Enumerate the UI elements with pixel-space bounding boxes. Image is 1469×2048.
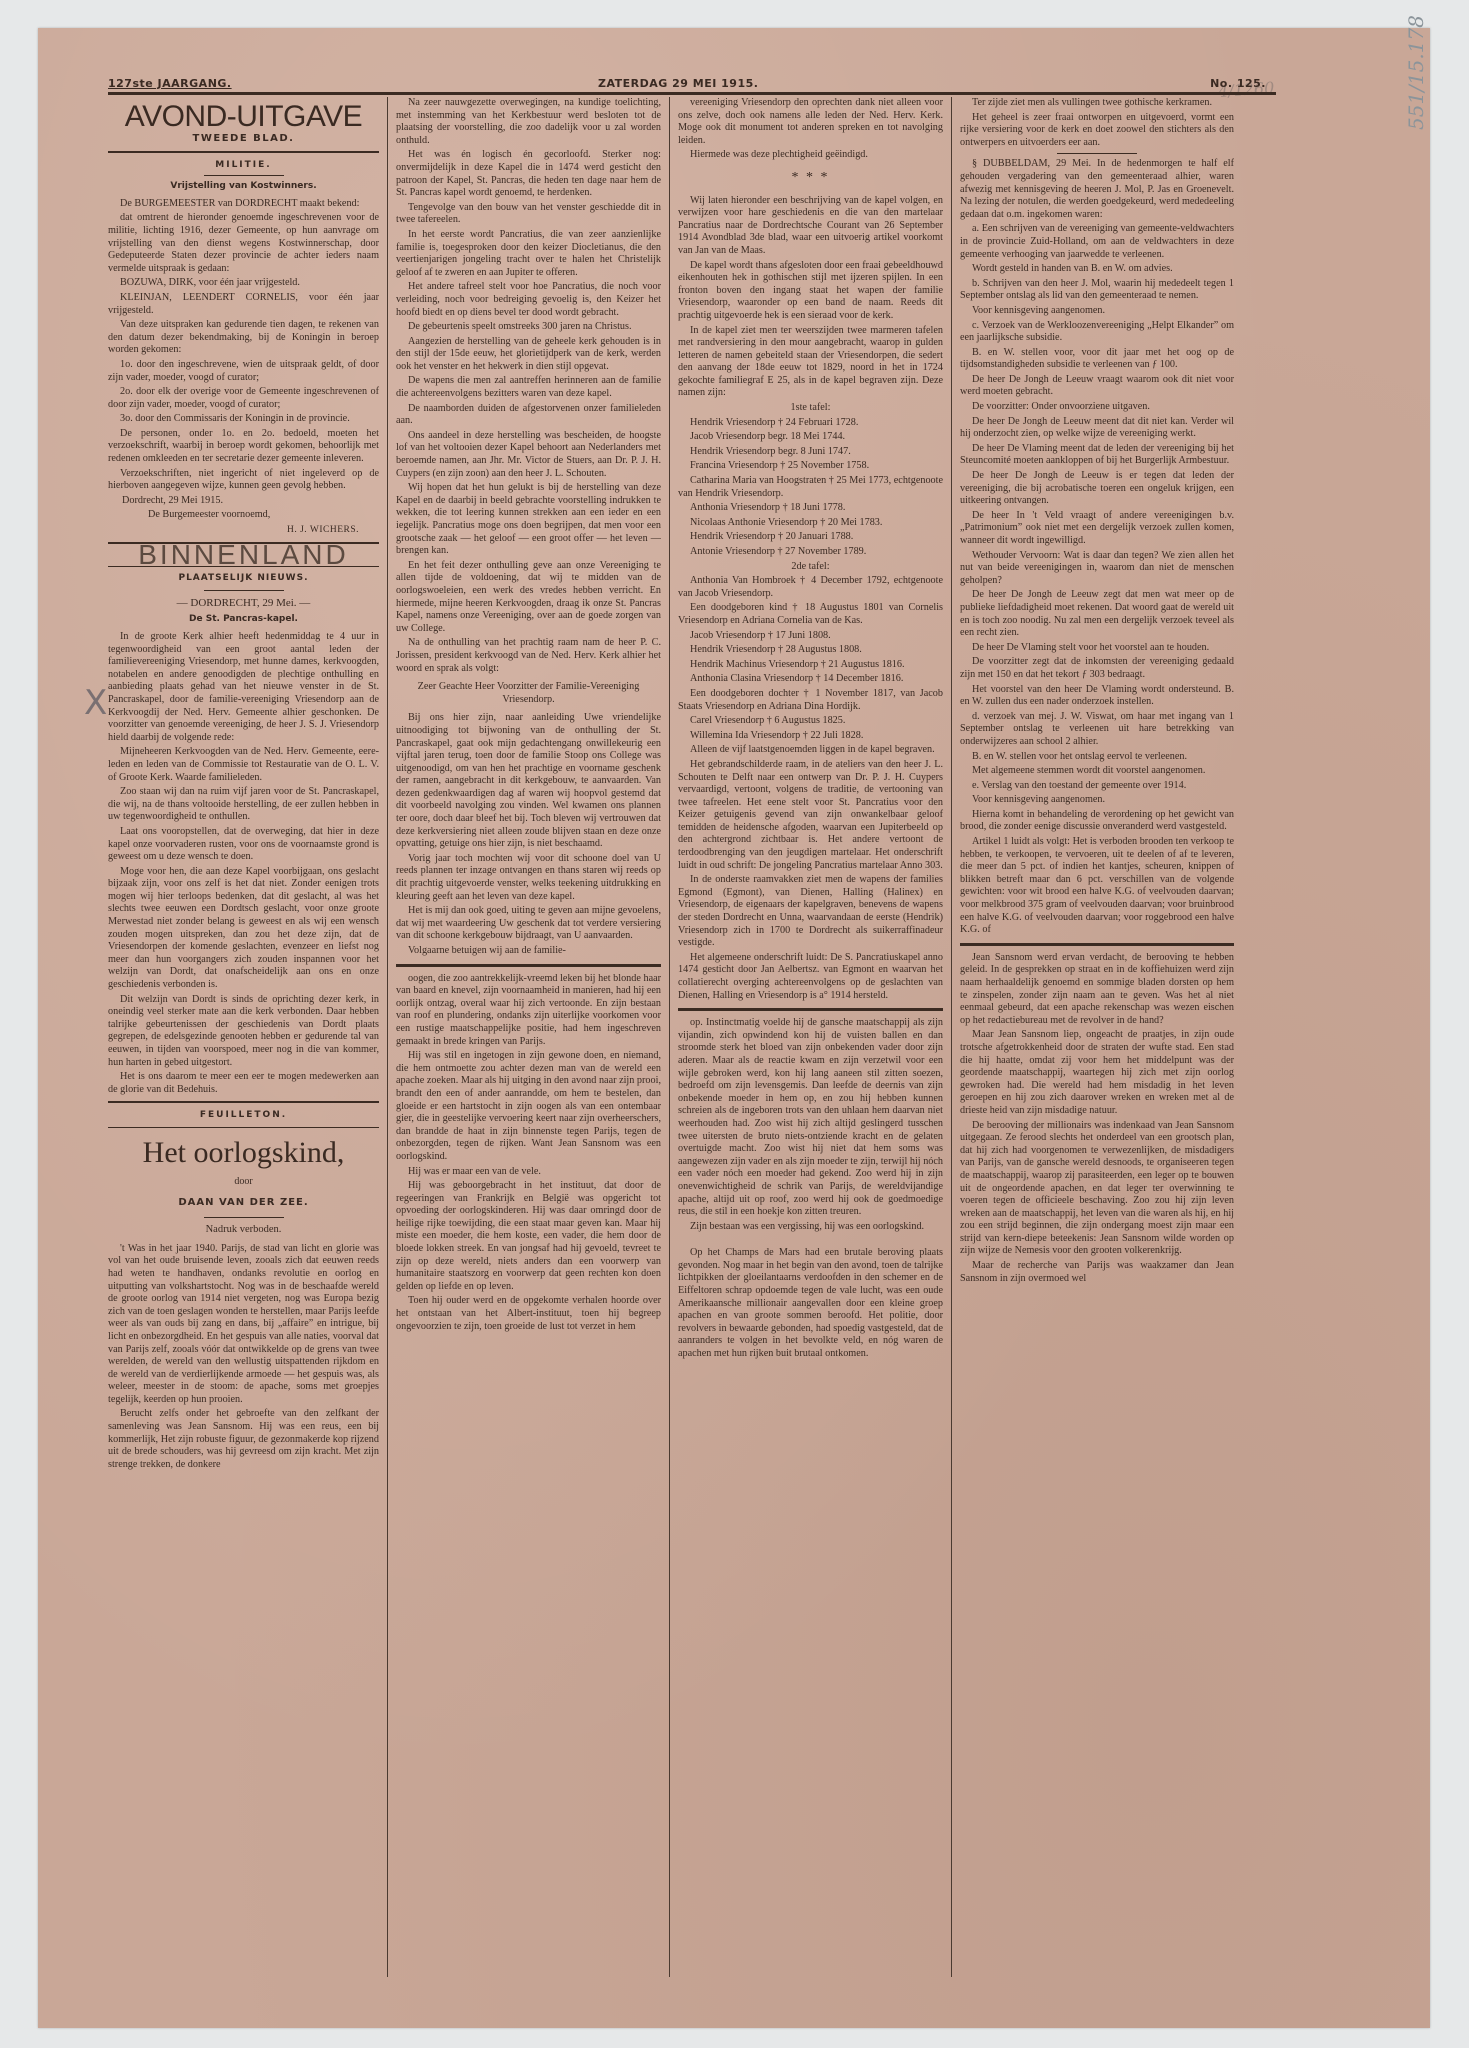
paragraph: Mijneheeren Kerkvoogden van de Ned. Herv… (108, 746, 379, 784)
paragraph: De voorzitter: Onder onvoorziene uitgave… (960, 401, 1234, 414)
paragraph: Hij was er maar een van de vele. (396, 1166, 661, 1179)
paragraph: Het algemeene onderschrift luidt: De S. … (678, 952, 943, 1002)
paragraph: Jacob Vriesendorp begr. 18 Mei 1744. (678, 431, 943, 444)
paragraph: De heer De Vlaming meent dat de leden de… (960, 443, 1234, 468)
paragraph: De personen, onder 1o. en 2o. bedoeld, m… (108, 428, 379, 466)
handwritten-side-reference: 551/15.178 (1404, 15, 1428, 130)
divider (204, 590, 284, 591)
paragraph: Hij was geboorgebracht in het instituut,… (396, 1180, 661, 1293)
paragraph: Een doodgeboren dochter † 1 November 181… (678, 688, 943, 713)
paragraph: Antonie Vriesendorp † 27 November 1789. (678, 546, 943, 559)
divider (960, 943, 1234, 946)
militie-signoff: De Burgemeester voornoemd, (148, 509, 379, 522)
tafel-1-label: 1ste tafel: (678, 402, 943, 415)
paragraph: Hiermede was deze plechtigheid geëindigd… (678, 149, 943, 162)
paragraph: Een doodgeboren kind † 18 Augustus 1801 … (678, 602, 943, 627)
paragraph: Anthonia Vriesendorp † 18 Juni 1778. (678, 502, 943, 515)
story-text-part-1: 't Was in het jaar 1940. Parijs, de stad… (108, 1243, 379, 1472)
reprint-notice: Nadruk verboden. (108, 1224, 379, 1237)
paragraph: Het is ons daarom te meer een eer te mog… (108, 1071, 379, 1096)
paragraph: 1o. door den ingeschrevene, wien de uits… (108, 359, 379, 384)
paragraph: Tengevolge van den bouw van het venster … (396, 202, 661, 227)
divider (396, 964, 661, 967)
margin-x-mark: X (84, 683, 107, 723)
divider (108, 1101, 379, 1103)
paragraph: Maar Jean Sansnom liep, ongeacht de praa… (960, 1029, 1234, 1117)
paragraph: De gebeurtenis speelt omstreeks 300 jare… (396, 321, 661, 334)
paragraph: Berucht zelfs onder het gebroefte van de… (108, 1408, 379, 1471)
divider (1057, 153, 1137, 154)
divider (204, 175, 284, 176)
paragraph: Hendrik Vriesendorp † 24 Februari 1728. (678, 417, 943, 430)
paragraph: In de onderste raamvakken ziet men de wa… (678, 874, 943, 950)
divider (108, 1127, 379, 1128)
paragraph: Hendrik Vriesendorp † 20 Januari 1788. (678, 531, 943, 544)
paragraph: Het was én logisch én gecorloofd. Sterke… (396, 149, 661, 199)
paragraph: Het voorstel van den heer De Vlaming wor… (960, 684, 1234, 709)
masthead: 127ste JAARGANG. ZATERDAG 29 MEI 1915. N… (108, 66, 1276, 95)
column-2: Na zeer nauwgezette overwegingen, na kun… (388, 97, 670, 1977)
paragraph: vereeniging Vriesendorp den oprechten da… (678, 97, 943, 147)
paragraph: Het gebrandschilderde raam, in de atelie… (678, 759, 943, 872)
paragraph: B. en W. stellen voor het ontslag eervol… (960, 751, 1234, 764)
paragraph: Wij hopen dat het hun gelukt is bij de h… (396, 482, 661, 558)
paragraph: op. Instinctmatig voelde hij de gansche … (678, 1017, 943, 1219)
kapel-article-continued: Na zeer nauwgezette overwegingen, na kun… (396, 97, 661, 675)
paragraph: In de kapel ziet men ter weerszijden twe… (678, 325, 943, 401)
section-separator: * * * (678, 172, 943, 185)
paragraph: c. Verzoek van de Werkloozenvereeniging … (960, 320, 1234, 345)
divider (108, 151, 379, 153)
paragraph: De heer In 't Veld vraagt of andere vere… (960, 510, 1234, 548)
paragraph: De heer De Jongh de Leeuw meent dat dit … (960, 416, 1234, 441)
paragraph: Wethouder Vervoorn: Wat is daar dan tege… (960, 550, 1234, 588)
column-4: Ter zijde ziet men als vullingen twee go… (952, 97, 1234, 1977)
feuilleton-heading: FEUILLETON. (108, 1109, 379, 1122)
paragraph: Voor kennisgeving aangenomen. (960, 305, 1234, 318)
paragraph: De berooving der millionairs was indenka… (960, 1120, 1234, 1259)
divider (204, 1217, 284, 1218)
window-description: Het gebrandschilderde raam, in de atelie… (678, 759, 943, 1002)
paragraph: KLEINJAN, LEENDERT CORNELIS, voor één ja… (108, 292, 379, 317)
paragraph: Alleen de vijf laatstgenoemden liggen in… (678, 744, 943, 757)
paragraph: Anthonia Van Hombroek † 4 December 1792,… (678, 575, 943, 600)
paragraph: Ter zijde ziet men als vullingen twee go… (960, 97, 1234, 110)
paragraph: Het geheel is zeer fraai ontworpen en ui… (960, 112, 1234, 150)
paragraph: De heer De Jongh de Leeuw is er tegen da… (960, 470, 1234, 508)
story-author: DAAN VAN DER ZEE. (108, 1197, 379, 1210)
paragraph: Artikel 1 luidt als volgt: Het is verbod… (960, 836, 1234, 937)
edition-title: AVOND-UITGAVE (108, 101, 379, 133)
paragraph: De voorzitter zegt dat de inkomsten der … (960, 656, 1234, 681)
paragraph: Hierna komt in behandeling de verordenin… (960, 809, 1234, 834)
tafel-1-list: Hendrik Vriesendorp † 24 Februari 1728.J… (678, 417, 943, 559)
paragraph: Laat ons vooropstellen, dat de overwegin… (108, 826, 379, 864)
paragraph: Ons aandeel in deze herstelling was besc… (396, 430, 661, 480)
paragraph: Willemina Ida Vriesendorp † 22 Juli 1828… (678, 730, 943, 743)
paragraph: Met algemeene stemmen wordt dit voorstel… (960, 765, 1234, 778)
paragraph: De BURGEMEESTER van DORDRECHT maakt beke… (108, 198, 379, 211)
paragraph: BOZUWA, DIRK, voor één jaar vrijgesteld. (108, 277, 379, 290)
militie-signature: H. J. WICHERS. (108, 524, 359, 537)
paragraph: Wij laten hieronder een beschrijving van… (678, 195, 943, 258)
paragraph: Hendrik Machinus Vriesendorp † 21 August… (678, 659, 943, 672)
paragraph: Het andere tafreel stelt voor hoe Pancra… (396, 281, 661, 319)
paragraph: De heer De Jongh de Leeuw zegt dat men w… (960, 589, 1234, 639)
paragraph: oogen, die zoo aantrekkelijk-vreemd leke… (396, 973, 661, 1049)
paragraph: De heer De Vlaming stelt voor het voorst… (960, 642, 1234, 655)
paragraph: In het eerste wordt Pancratius, die van … (396, 229, 661, 279)
speech-address: Zeer Geachte Heer Voorzitter der Familie… (414, 681, 643, 706)
paragraph: Hij was stil en ingetogen in zijn gewone… (396, 1050, 661, 1163)
paragraph: Op het Champs de Mars had een brutale be… (678, 1247, 943, 1360)
kapel-window-notes: Ter zijde ziet men als vullingen twee go… (960, 97, 1234, 149)
story-text-part-4: Jean Sansnom werd ervan verdacht, de ber… (960, 952, 1234, 1285)
story-text-part-3: op. Instinctmatig voelde hij de gansche … (678, 1017, 943, 1233)
paragraph: Nicolaas Anthonie Vriesendorp † 20 Mei 1… (678, 517, 943, 530)
paragraph: Catharina Maria van Hoogstraten † 25 Mei… (678, 475, 943, 500)
paragraph: 't Was in het jaar 1940. Parijs, de stad… (108, 1243, 379, 1407)
paragraph: 2o. door elk der overige voor de Gemeent… (108, 386, 379, 411)
paragraph: Moge voor hen, die aan deze Kapel voorbi… (108, 866, 379, 992)
paragraph: § DUBBELDAM, 29 Mei. In de hedenmorgen t… (960, 158, 1234, 221)
dateline: — DORDRECHT, 29 Mei. — (108, 597, 379, 610)
paragraph: Maar de recherche van Parijs was waakzam… (960, 1260, 1234, 1285)
paragraph: Van deze uitspraken kan gedurende tien d… (108, 319, 379, 357)
dubbeldam-council-report: § DUBBELDAM, 29 Mei. In de hedenmorgen t… (960, 158, 1234, 936)
plaatselijk-heading: PLAATSELIJK NIEUWS. (108, 572, 379, 585)
paragraph: Volgaarne betuigen wij aan de familie- (396, 945, 661, 958)
kapel-heading: De St. Pancras-kapel. (108, 613, 379, 626)
paragraph: d. verzoek van mej. J. W. Viswat, om haa… (960, 711, 1234, 749)
paragraph: Verzoekschriften, niet ingericht of niet… (108, 468, 379, 493)
paragraph: Carel Vriesendorp † 6 Augustus 1825. (678, 715, 943, 728)
paragraph: Na de onthulling van het prachtig raam n… (396, 637, 661, 675)
paragraph: Wordt gesteld in handen van B. en W. om … (960, 263, 1234, 276)
paragraph: De kapel wordt thans afgesloten door een… (678, 260, 943, 323)
paragraph: Jean Sansnom werd ervan verdacht, de ber… (960, 952, 1234, 1028)
paragraph: 3o. door den Commissaris der Koningin in… (108, 413, 379, 426)
paragraph: Het is mij dan ook goed, uiting te geven… (396, 905, 661, 943)
militie-heading: MILITIE. (108, 159, 379, 172)
story-by: door (108, 1176, 379, 1189)
paragraph: Anthonia Clasina Vriesendorp † 14 Decemb… (678, 673, 943, 686)
militie-subheading: Vrijstelling van Kostwinners. (108, 180, 379, 193)
paragraph: a. Een schrijven van de vereeniging van … (960, 223, 1234, 261)
story-text-part-2: oogen, die zoo aantrekkelijk-vreemd leke… (396, 973, 661, 1334)
paragraph: Dit welzijn van Dordt is sinds de oprich… (108, 994, 379, 1070)
paragraph: In de groote Kerk alhier heeft hedenmidd… (108, 631, 379, 744)
paragraph: Hendrik Vriesendorp † 28 Augustus 1808. (678, 644, 943, 657)
paragraph: b. Schrijven van den heer J. Mol, waarin… (960, 278, 1234, 303)
paragraph: dat omtrent de hieronder genoemde ingesc… (108, 212, 379, 275)
divider (678, 1008, 943, 1011)
story-title: Het oorlogskind, (108, 1136, 379, 1170)
paragraph: e. Verslag van den toestand der gemeente… (960, 780, 1234, 793)
column-3: vereeniging Vriesendorp den oprechten da… (670, 97, 952, 1977)
speech-text: Bij ons hier zijn, naar aanleiding Uwe v… (396, 712, 661, 957)
paragraph: De naamborden duiden de afgestorvenen on… (396, 403, 661, 428)
paragraph: Bij ons hier zijn, naar aanleiding Uwe v… (396, 712, 661, 851)
paragraph: Voor kennisgeving aangenomen. (960, 794, 1234, 807)
column-1: AVOND-UITGAVE TWEEDE BLAD. MILITIE. Vrij… (108, 97, 388, 1977)
paragraph: Zijn bestaan was een vergissing, hij was… (678, 1221, 943, 1234)
paragraph: En het feit dezer onthulling geve aan on… (396, 560, 661, 636)
newspaper-page: 127ste JAARGANG. ZATERDAG 29 MEI 1915. N… (108, 66, 1276, 1977)
paragraph: Francina Vriesendorp † 25 November 1758. (678, 460, 943, 473)
paragraph: Vorig jaar toch mochten wij voor dit sch… (396, 853, 661, 903)
paragraph: Aangezien de herstelling van de geheele … (396, 336, 661, 374)
paragraph: Toen hij ouder werd en de opgekomte verh… (396, 1295, 661, 1333)
columns: AVOND-UITGAVE TWEEDE BLAD. MILITIE. Vrij… (108, 97, 1276, 1977)
paragraph: Zoo staan wij dan na ruim vijf jaren voo… (108, 786, 379, 824)
kapel-description: Wij laten hieronder een beschrijving van… (678, 195, 943, 401)
kapel-article: In de groote Kerk alhier heeft hedenmidd… (108, 631, 379, 1096)
issue-number: No. 125. (1210, 77, 1266, 90)
militie-article: De BURGEMEESTER van DORDRECHT maakt beke… (108, 198, 379, 493)
binnenland-heading: BINNENLAND (108, 549, 379, 562)
tafel-2-label: 2de tafel: (678, 561, 943, 574)
paragraph: B. en W. stellen voor, voor dit jaar met… (960, 347, 1234, 372)
issue-date: ZATERDAG 29 MEI 1915. (598, 77, 758, 90)
militie-place-date: Dordrecht, 29 Mei 1915. (122, 495, 379, 508)
paragraph: Jacob Vriesendorp † 17 Juni 1808. (678, 630, 943, 643)
tafel-2-list: Anthonia Van Hombroek † 4 December 1792,… (678, 575, 943, 757)
paragraph: Hendrik Vriesendorp begr. 8 Juni 1747. (678, 446, 943, 459)
volume-label: 127ste JAARGANG. (108, 77, 232, 90)
edition-subtitle: TWEEDE BLAD. (108, 133, 379, 146)
paragraph: Na zeer nauwgezette overwegingen, na kun… (396, 97, 661, 147)
kapel-article-ending: vereeniging Vriesendorp den oprechten da… (678, 97, 943, 162)
paragraph: De wapens die men zal aantreffen herinne… (396, 375, 661, 400)
story-text-part-3b: Op het Champs de Mars had een brutale be… (678, 1247, 943, 1360)
paragraph: De heer De Jongh de Leeuw vraagt waarom … (960, 374, 1234, 399)
